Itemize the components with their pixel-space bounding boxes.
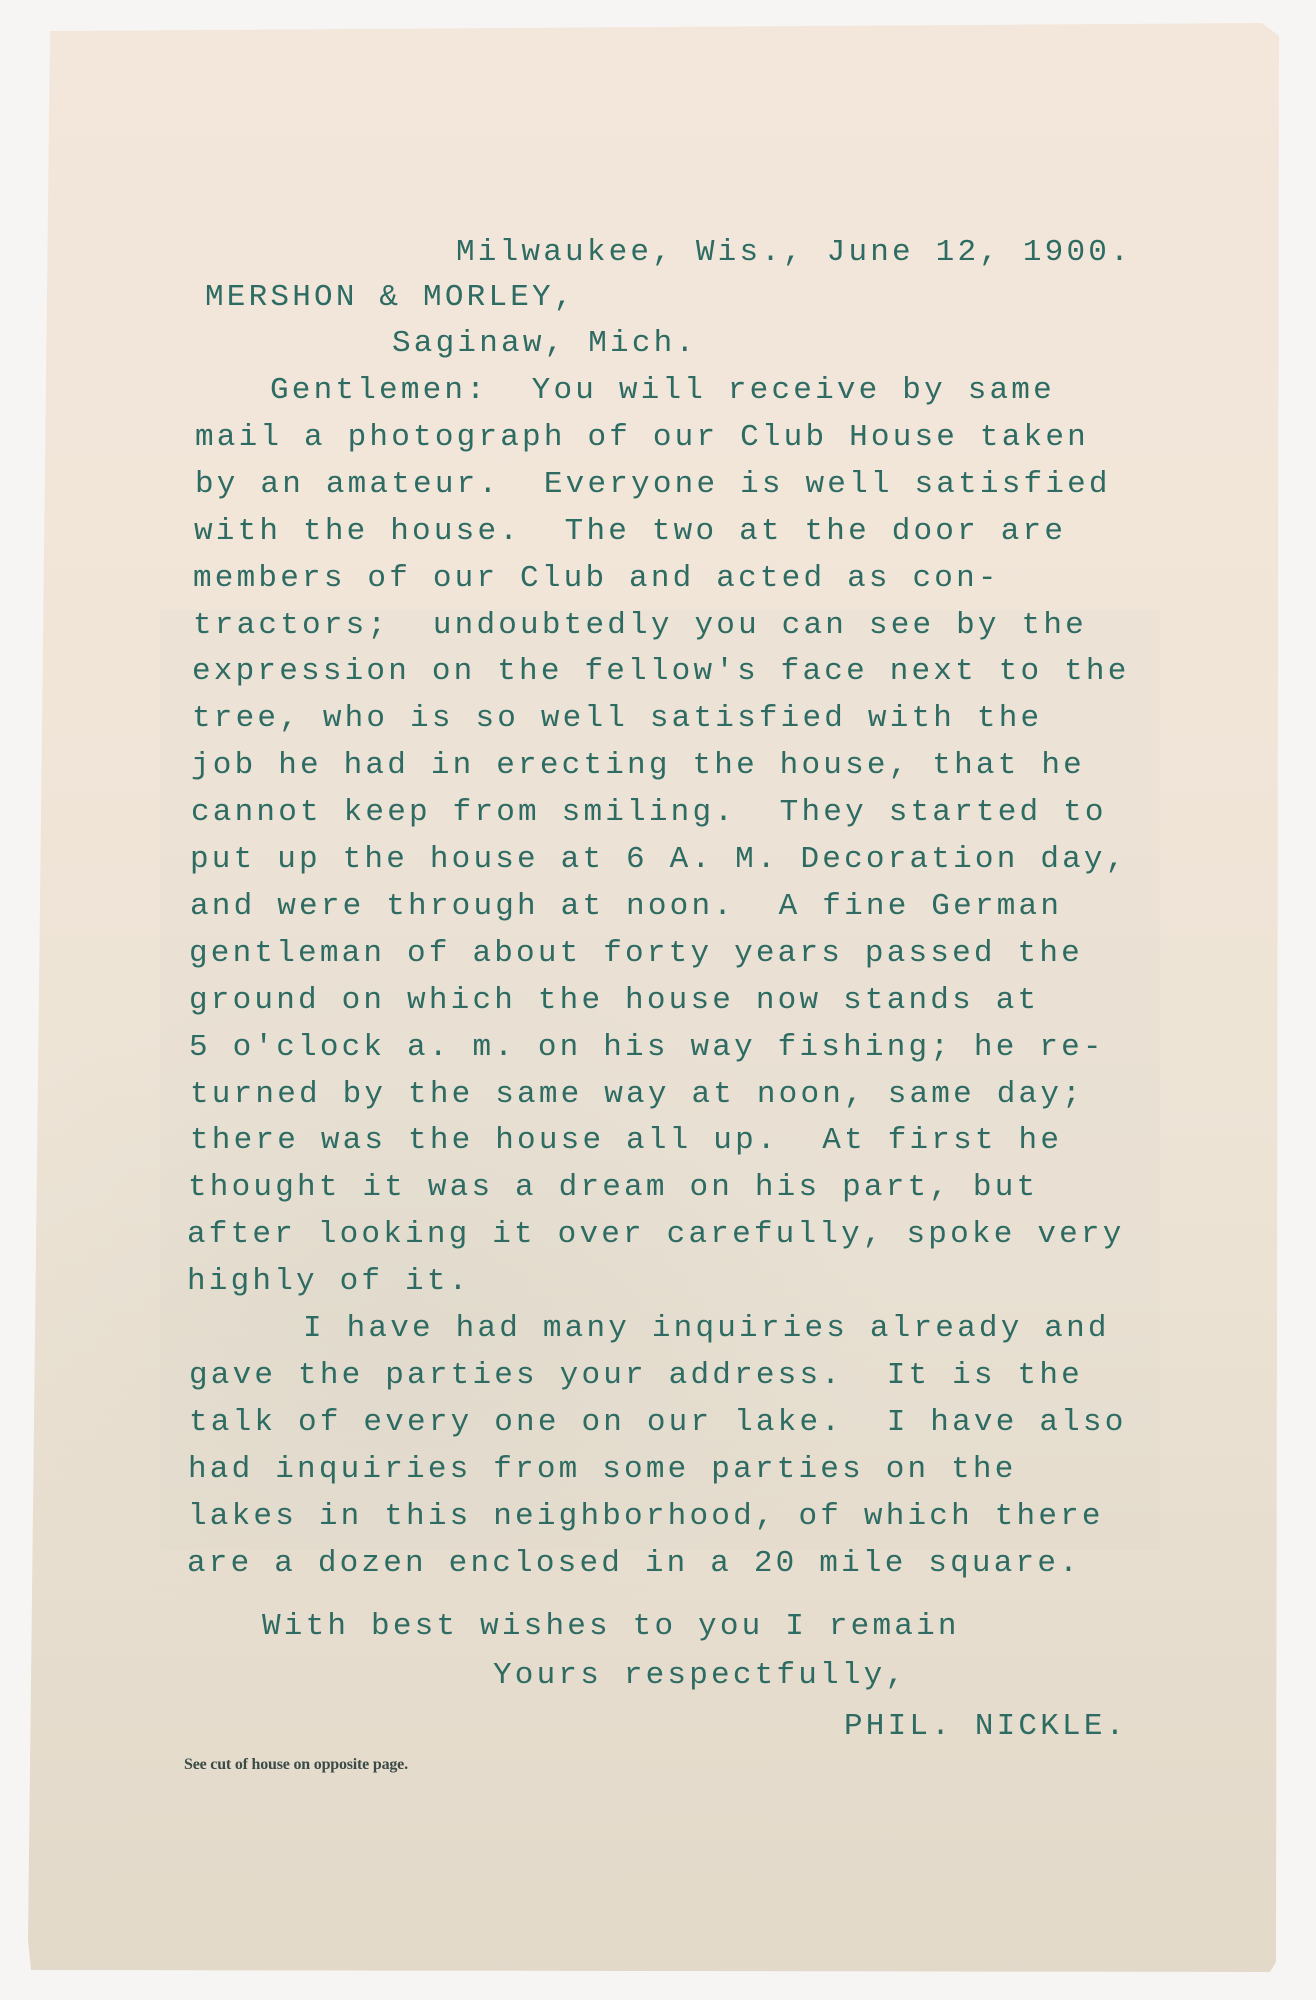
- body-line: cannot keep from smiling. They started t…: [191, 797, 1107, 828]
- recipient-city: Saginaw, Mich.: [392, 328, 697, 359]
- closing-line: With best wishes to you I remain: [262, 1611, 960, 1642]
- body-line: with the house. The two at the door are: [194, 516, 1066, 547]
- valediction: Yours respectfully,: [493, 1660, 907, 1691]
- body-line: after looking it over carefully, spoke v…: [187, 1219, 1125, 1250]
- body-line: put up the house at 6 A. M. Decoration d…: [190, 844, 1128, 875]
- body-line: gave the parties your address. It is the: [189, 1360, 1083, 1391]
- signature: PHIL. NICKLE.: [844, 1711, 1127, 1742]
- dateline: Milwaukee, Wis., June 12, 1900.: [456, 237, 1132, 268]
- body-line: 5 o'clock a. m. on his way fishing; he r…: [189, 1032, 1105, 1063]
- body-line: and were through at noon. A fine German: [190, 891, 1062, 922]
- body-line: tree, who is so well satisfied with the: [192, 703, 1042, 734]
- body-line: members of our Club and acted as con-: [193, 563, 1000, 594]
- body-line: ground on which the house now stands at: [189, 985, 1039, 1016]
- body-line: mail a photograph of our Club House take…: [195, 422, 1089, 453]
- footnote: See cut of house on opposite page.: [184, 1756, 408, 1774]
- body-line: lakes in this neighborhood, of which the…: [188, 1501, 1104, 1532]
- body-line: there was the house all up. At first he: [190, 1125, 1062, 1156]
- body-line: job he had in erecting the house, that h…: [191, 750, 1085, 781]
- recipient-name: MERSHON & MORLEY,: [205, 282, 576, 313]
- body-line: tractors; undoubtedly you can see by the: [193, 610, 1087, 641]
- body-line: talk of every one on our lake. I have al…: [189, 1407, 1127, 1438]
- body-line: had inquiries from some parties on the: [188, 1454, 1017, 1485]
- body-line: thought it was a dream on his part, but: [188, 1172, 1038, 1203]
- body-line: by an amateur. Everyone is well satisfie…: [195, 469, 1111, 500]
- body-line: highly of it.: [187, 1266, 470, 1297]
- body-line: expression on the fellow's face next to …: [192, 656, 1130, 687]
- body-line: Gentlemen: You will receive by same: [270, 375, 1055, 406]
- body-line: I have had many inquiries already and: [303, 1313, 1110, 1344]
- body-line: gentleman of about forty years passed th…: [189, 938, 1083, 969]
- body-line: are a dozen enclosed in a 20 mile square…: [187, 1548, 1081, 1579]
- body-line: turned by the same way at noon, same day…: [190, 1079, 1084, 1110]
